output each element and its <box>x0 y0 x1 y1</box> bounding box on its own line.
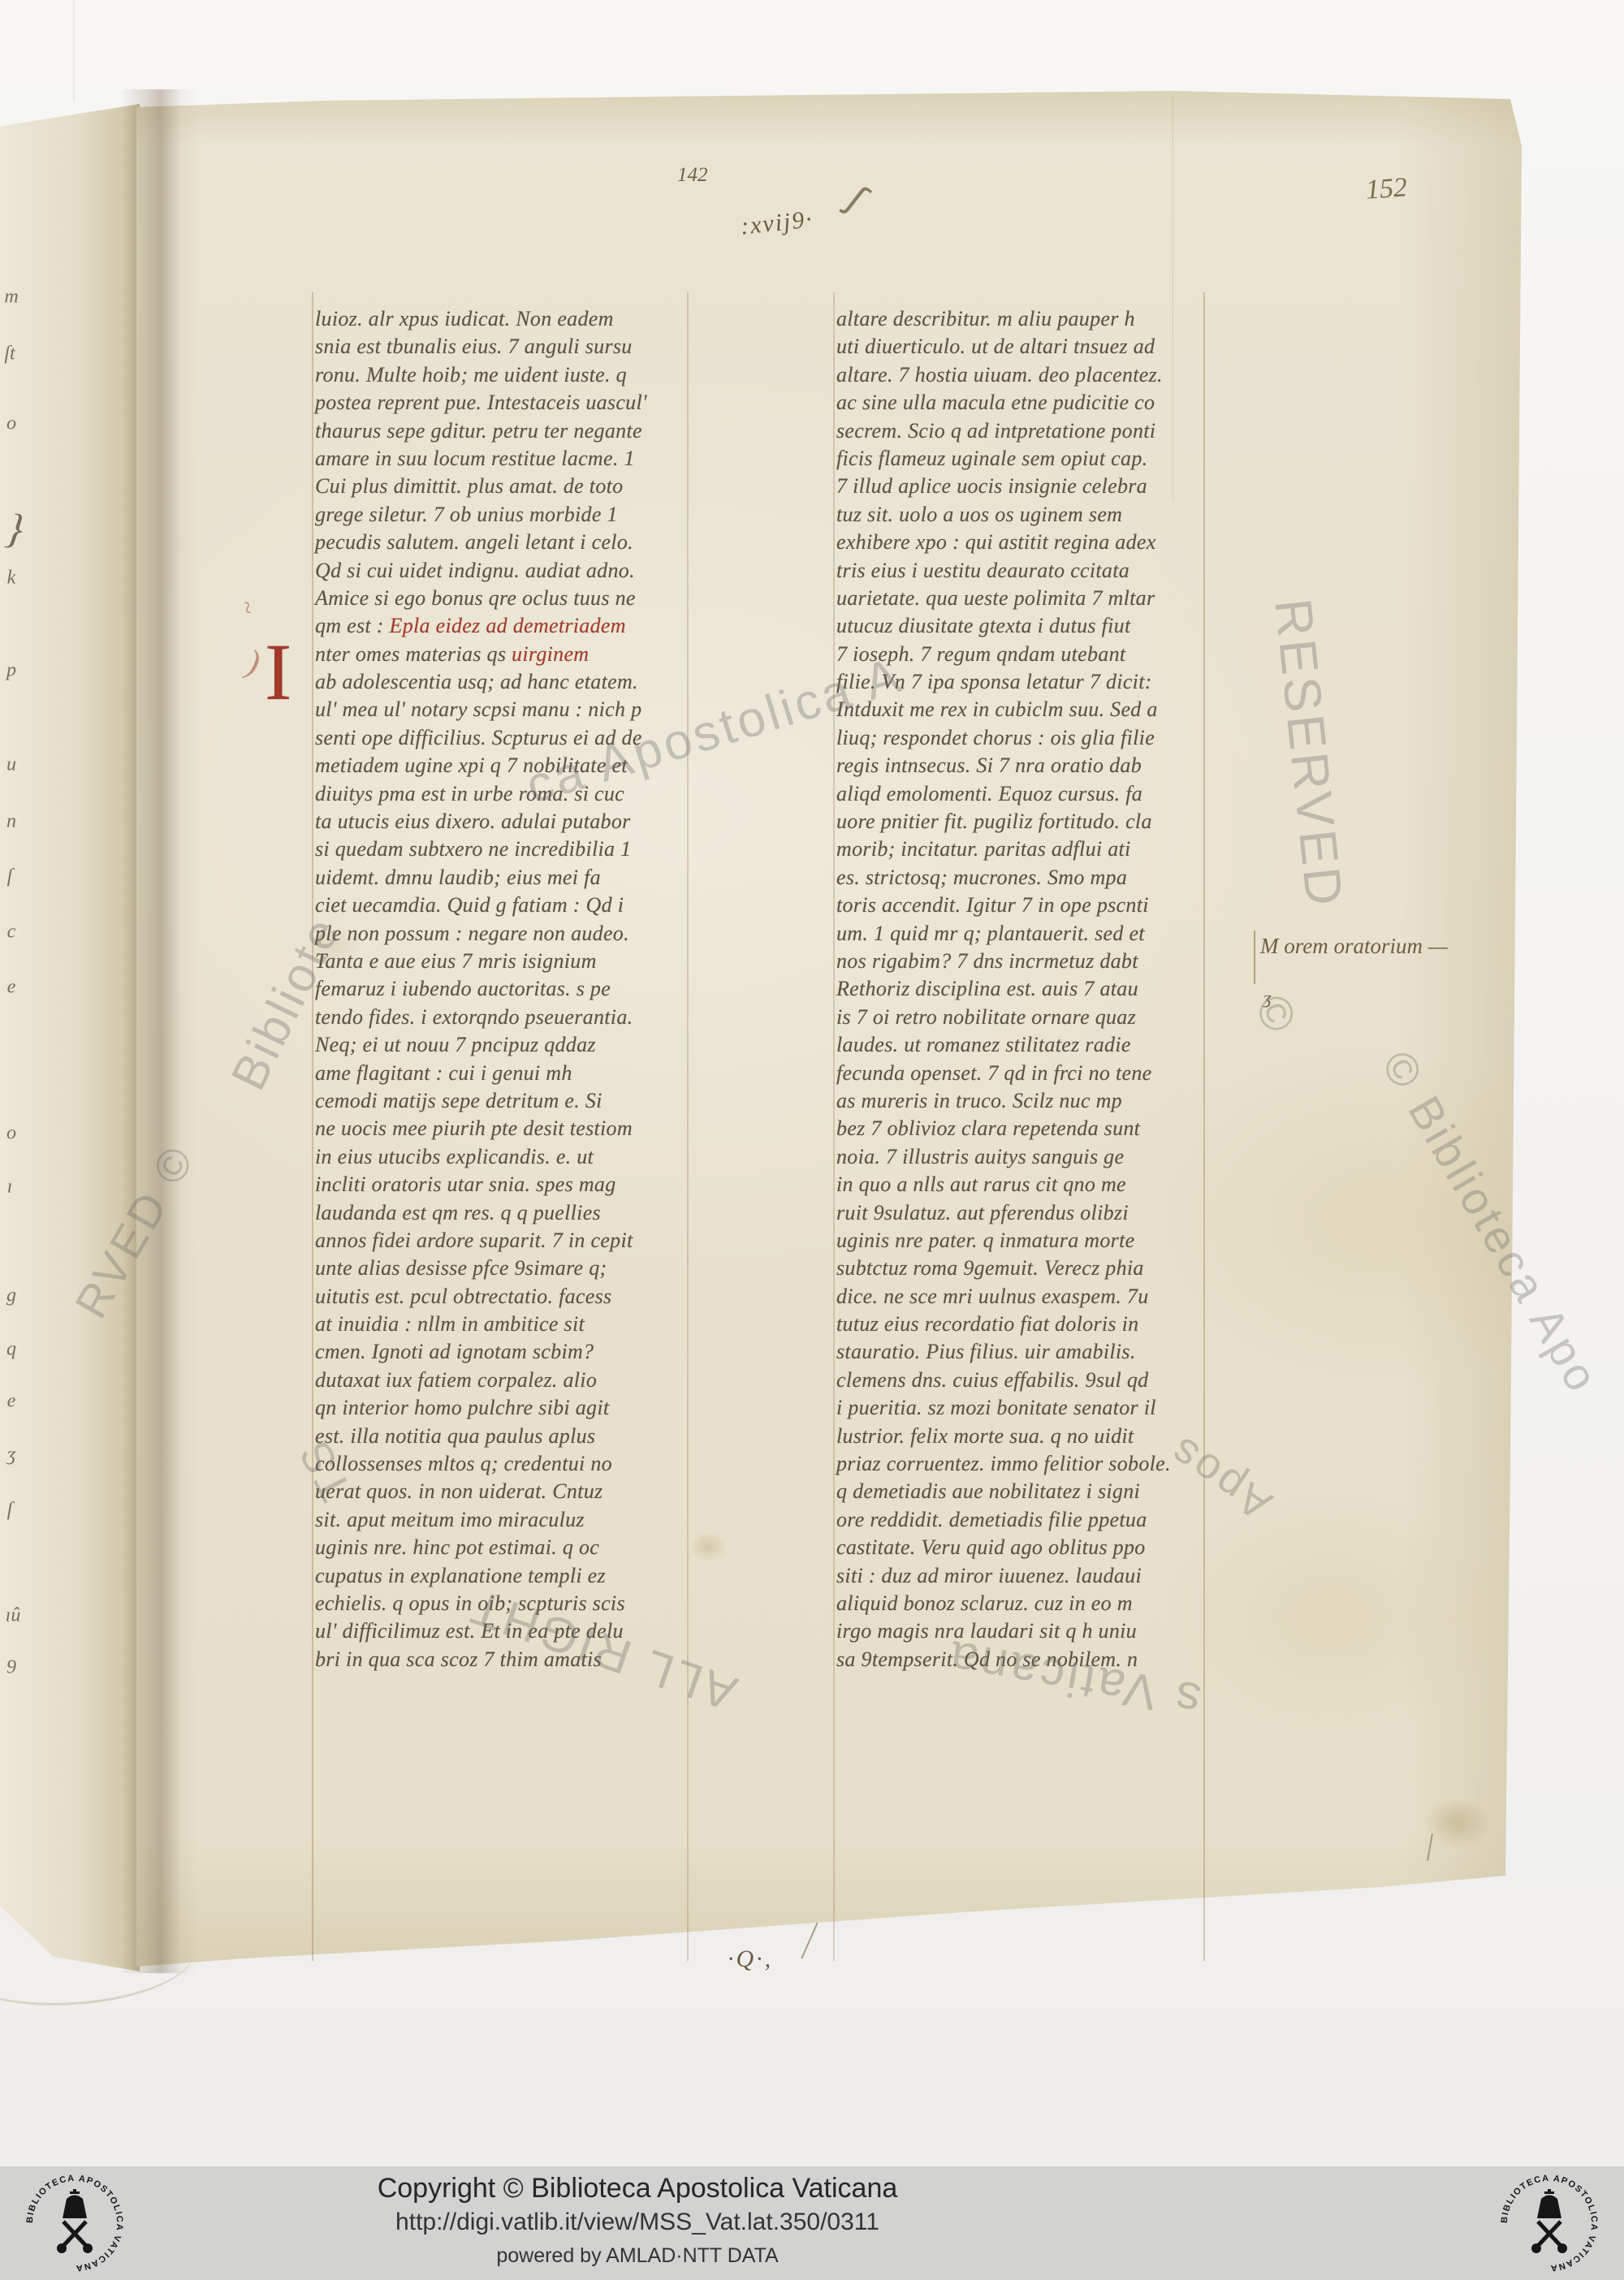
footer-bar: BIBLIOTECA APOSTOLICA VATICANA Copyright… <box>0 2166 1624 2280</box>
manuscript-line: si quedam subtxero ne incredibilia 1 <box>315 836 682 863</box>
vatican-library-logo-right: BIBLIOTECA APOSTOLICA VATICANA <box>1496 2170 1603 2277</box>
ruling-line <box>1203 292 1205 1961</box>
manuscript-left-column: luioz. alr xpus iudicat. Non eademsnia e… <box>315 305 682 1673</box>
facing-page-letter: ıû <box>6 1605 21 1627</box>
manuscript-line: snia est tbunalis eius. 7 anguli sursu <box>315 333 682 361</box>
manuscript-line: laudes. ut romanez stilitatez radie <box>836 1031 1203 1059</box>
incipit-black: nter omes materias qs <box>315 642 512 666</box>
facing-page-letter: e <box>7 977 16 999</box>
manuscript-line: tuz sit. uolo a uos os uginem sem <box>836 501 1203 529</box>
manuscript-line: uti diuerticulo. ut de altari tnsuez ad <box>836 333 1203 361</box>
facing-page-letter: m <box>4 287 18 309</box>
vatican-library-logo-left: BIBLIOTECA APOSTOLICA VATICANA <box>21 2170 128 2277</box>
manuscript-line: toris accendit. Igitur 7 in ope pscnti <box>836 892 1203 919</box>
manuscript-line: subtctuz roma 9gemuit. Verecz phia <box>836 1254 1203 1282</box>
manuscript-scan-page: 142 :xvij9· ʃ 152 luioz. alr xpus iudica… <box>0 0 1624 2280</box>
left-column-lower-lines: ab adolescentia usq; ad hanc etatem.ul' … <box>315 668 682 1673</box>
manuscript-line: um. 1 quid mr q; plantauerit. sed et <box>836 920 1203 948</box>
manuscript-line: Amice si ego bonus qre oclus tuus ne <box>315 585 682 612</box>
incipit-line: nter omes materias qs uirginem <box>315 641 682 668</box>
manuscript-line: castitate. Veru quid ago oblitus ppo <box>836 1534 1203 1561</box>
manifest-url-text: http://digi.vatlib.it/view/MSS_Vat.lat.3… <box>395 2209 879 2236</box>
manuscript-line: uginis nre. hinc pot estimai. q oc <box>315 1534 682 1561</box>
facing-page-letter: o <box>6 1123 16 1145</box>
manuscript-line: exhibere xpo : qui astitit regina adex <box>836 529 1203 556</box>
right-column-lines: altare describitur. m aliu pauper huti d… <box>836 305 1203 1673</box>
manuscript-line: ronu. Multe hoib; me uident iuste. q <box>315 361 682 389</box>
manuscript-line: ul' mea ul' notary scpsi manu : nich p <box>315 696 682 723</box>
folio-number-left: 142 <box>677 164 708 187</box>
manuscript-line: regis intnsecus. Si 7 nra oratio dab <box>836 752 1203 779</box>
margin-note: M orem oratorium — <box>1260 934 1448 959</box>
manuscript-line: ab adolescentia usq; ad hanc etatem. <box>315 668 682 696</box>
manuscript-line: pecudis salutem. angeli letant i celo. <box>315 529 682 556</box>
manuscript-line: ore reddidit. demetiadis filie ppetua <box>836 1506 1203 1534</box>
drop-cap-initial: I <box>265 633 292 711</box>
ruling-line <box>312 292 313 1961</box>
facing-page-letter: ſt <box>4 343 15 365</box>
manuscript-line: Qd si cui uidet indignu. audiat adno. <box>315 557 682 585</box>
ruling-line <box>833 292 835 1961</box>
manuscript-line: annos fidei ardore suparit. 7 in cepit <box>315 1227 682 1254</box>
manuscript-line: as mureris in truco. Scilz nuc mp <box>836 1087 1203 1115</box>
facing-page-letter: u <box>6 754 16 776</box>
manuscript-line: morib; incitatur. paritas adflui ati <box>836 836 1203 863</box>
margin-note-bracket <box>1254 931 1255 984</box>
manuscript-line: thaurus sepe gditur. petru ter negante <box>315 417 682 445</box>
manuscript-line: is 7 oi retro nobilitate ornare quaz <box>836 1004 1203 1031</box>
manuscript-line: noia. 7 illustris auitys sanguis ge <box>836 1143 1203 1171</box>
manuscript-line: fecunda openset. 7 qd in frci no tene <box>836 1060 1203 1087</box>
manuscript-line: uore pnitier fit. pugiliz fortitudo. cla <box>836 808 1203 836</box>
gutter-shadow <box>120 89 198 1973</box>
facing-page-letter: ʒ <box>7 1444 16 1466</box>
manuscript-line: laudanda est qm res. q q puellies <box>315 1199 682 1227</box>
manuscript-line: es. strictosq; mucrones. Smo mpa <box>836 864 1203 892</box>
facing-page-letter: ſ <box>7 866 13 888</box>
manuscript-line: in eius utucibs explicandis. e. ut <box>315 1143 682 1171</box>
facing-page-letter: g <box>6 1285 16 1307</box>
rubric-text: Epla eidez ad demetriadem <box>390 614 626 637</box>
rubric-line: qm est : Epla eidez ad demetriadem <box>315 612 682 640</box>
manuscript-line: tris eius i uestitu deaurato ccitata <box>836 557 1203 585</box>
ruling-line <box>687 292 689 1961</box>
manuscript-line: lustrior. felix morte sua. q no uidit <box>836 1423 1203 1450</box>
manuscript-line: 7 illud aplice uocis insignie celebra <box>836 473 1203 500</box>
manuscript-right-column: altare describitur. m aliu pauper huti d… <box>836 305 1203 1673</box>
manuscript-line: ame flagitant : cui i genui mh <box>315 1060 682 1087</box>
manuscript-line: Neq; ei ut nouu 7 pncipuz qddaz <box>315 1031 682 1059</box>
manuscript-line: cmen. Ignoti ad ignotam scbim? <box>315 1338 682 1366</box>
manuscript-line: dutaxat iux fatiem corpalez. alio <box>315 1367 682 1394</box>
facing-page-letter: p <box>6 660 16 682</box>
left-column-upper-lines: luioz. alr xpus iudicat. Non eademsnia e… <box>315 305 682 612</box>
facing-page-edge <box>0 104 140 1971</box>
manuscript-line: altare. 7 hostia uiuam. deo placentez. <box>836 361 1203 389</box>
manuscript-line: dice. ne sce mri uulnus exaspem. 7u <box>836 1283 1203 1311</box>
page-edge-seam <box>73 0 75 102</box>
facing-page-letter: q <box>6 1339 16 1361</box>
facing-page-letter: 9 <box>6 1657 16 1679</box>
manuscript-line: utucuz diusitate gtexta i dutus fiut <box>836 612 1203 640</box>
manuscript-line: secrem. Scio q ad intpretatione ponti <box>836 417 1203 445</box>
manuscript-line: aliqd emolomenti. Equoz cursus. fa <box>836 780 1203 808</box>
catchword-flourish <box>801 1923 818 1959</box>
incipit-red: uirginem <box>512 642 589 666</box>
manuscript-line: q demetiadis aue nobilitatez i signi <box>836 1478 1203 1505</box>
manuscript-line: tutuz eius recordatio fiat doloris in <box>836 1311 1203 1338</box>
manuscript-line: luioz. alr xpus iudicat. Non eadem <box>315 305 682 333</box>
manuscript-line: nos rigabim? 7 dns incrmetuz dabt <box>836 948 1203 975</box>
manuscript-line: ta utucis eius dixero. adulai putabor <box>315 808 682 836</box>
manuscript-line: siti : duz ad miror iuuenez. laudaui <box>836 1562 1203 1590</box>
manuscript-line: uidemt. dmnu laudib; eius mei fa <box>315 864 682 892</box>
manuscript-line: cemodi matijs sepe detritum e. Si <box>315 1087 682 1115</box>
manuscript-line: ne uocis mee piurih pte desit testiom <box>315 1115 682 1142</box>
facing-page-letter: ı <box>7 1177 13 1198</box>
manuscript-line: bez 7 oblivioz clara repetenda sunt <box>836 1115 1203 1142</box>
manuscript-line: uginis nre pater. q inmatura morte <box>836 1227 1203 1254</box>
facing-page-letter: e <box>7 1391 16 1413</box>
manuscript-line: uarietate. qua ueste polimita 7 mltar <box>836 585 1203 612</box>
powered-by-text: powered by AMLAD·NTT DATA <box>496 2244 778 2268</box>
manuscript-line: postea reprent pue. Intestaceis uascul' <box>315 389 682 417</box>
manuscript-line: Cui plus dimittit. plus amat. de toto <box>315 473 682 500</box>
manuscript-line: uerat quos. in non uiderat. Cntuz <box>315 1478 682 1505</box>
facing-page-letter: k <box>7 568 16 589</box>
manuscript-line: femaruz i iubendo auctoritas. s pe <box>315 975 682 1003</box>
manuscript-line: i pueritia. sz mozi bonitate senator il <box>836 1394 1203 1422</box>
manuscript-line: Tanta e aue eius 7 mris isignium <box>315 948 682 975</box>
manuscript-line: uitutis est. pcul obtrectatio. facess <box>315 1283 682 1311</box>
manuscript-line: qn interior homo pulchre sibi agit <box>315 1394 682 1422</box>
manuscript-line: sit. aput meitum imo miraculuz <box>315 1506 682 1534</box>
manuscript-line: stauratio. Pius filius. uir amabilis. <box>836 1338 1203 1366</box>
manuscript-line: at inuidia : nllm in ambitice sit <box>315 1311 682 1338</box>
folio-number-right: 152 <box>1365 172 1409 205</box>
manuscript-line: collossenses mltos q; credentui no <box>315 1450 682 1478</box>
logo-ring-text: BIBLIOTECA APOSTOLICA VATICANA <box>25 2174 124 2273</box>
manuscript-line: altare describitur. m aliu pauper h <box>836 305 1203 333</box>
manuscript-line: incliti oratoris utar snia. spes mag <box>315 1171 682 1198</box>
manuscript-line: ruit 9sulatuz. aut pferendus olibzi <box>836 1199 1203 1227</box>
rubric-prefix: qm est : <box>315 614 390 637</box>
manuscript-line: ple non possum : negare non audeo. <box>315 920 682 948</box>
catchword: ·Q·, <box>728 1945 773 1973</box>
manuscript-line: in quo a nlls aut rarus cit qno me <box>836 1171 1203 1198</box>
facing-page-letter: c <box>7 922 16 944</box>
manuscript-line: amare in suu locum restitue lacme. 1 <box>315 445 682 473</box>
manuscript-line: aliquid bonoz sclaruz. cuz in eo m <box>836 1590 1203 1617</box>
manuscript-line: priaz corruentez. immo felitior sobole. <box>836 1450 1203 1478</box>
manuscript-line: tendo fides. i extorqndo pseuerantia. <box>315 1004 682 1031</box>
manuscript-line: Rethoriz disciplina est. auis 7 atau <box>836 975 1203 1003</box>
manuscript-line: clemens dns. cuius effabilis. 9sul qd <box>836 1367 1203 1394</box>
copyright-text: Copyright © Biblioteca Apostolica Vatica… <box>378 2173 898 2204</box>
manuscript-line: ac sine ulla macula etne pudicitie co <box>836 389 1203 417</box>
manuscript-line: grege siletur. 7 ob unius morbide 1 <box>315 501 682 529</box>
manuscript-line: liuq; respondet chorus : ois glia filie <box>836 724 1203 752</box>
logo-ring-text: BIBLIOTECA APOSTOLICA VATICANA <box>1500 2174 1599 2273</box>
manuscript-line: ficis flameuz uginale sem opiut cap. <box>836 445 1203 473</box>
facing-page-letter: n <box>6 811 16 833</box>
papal-tiara-keys-icon <box>1531 2189 1567 2253</box>
facing-page-letter: ſ <box>7 1500 13 1522</box>
facing-page-letter: o <box>6 413 16 435</box>
manuscript-line: ciet uecamdia. Quid g fatiam : Qd i <box>315 892 682 919</box>
scan-photo: 142 :xvij9· ʃ 152 luioz. alr xpus iudica… <box>0 0 1624 2166</box>
manuscript-line: unte alias desisse pfce 9simare q; <box>315 1254 682 1282</box>
manuscript-line: est. illa notitia qua paulus aplus <box>315 1423 682 1450</box>
papal-tiara-keys-icon <box>57 2189 93 2253</box>
